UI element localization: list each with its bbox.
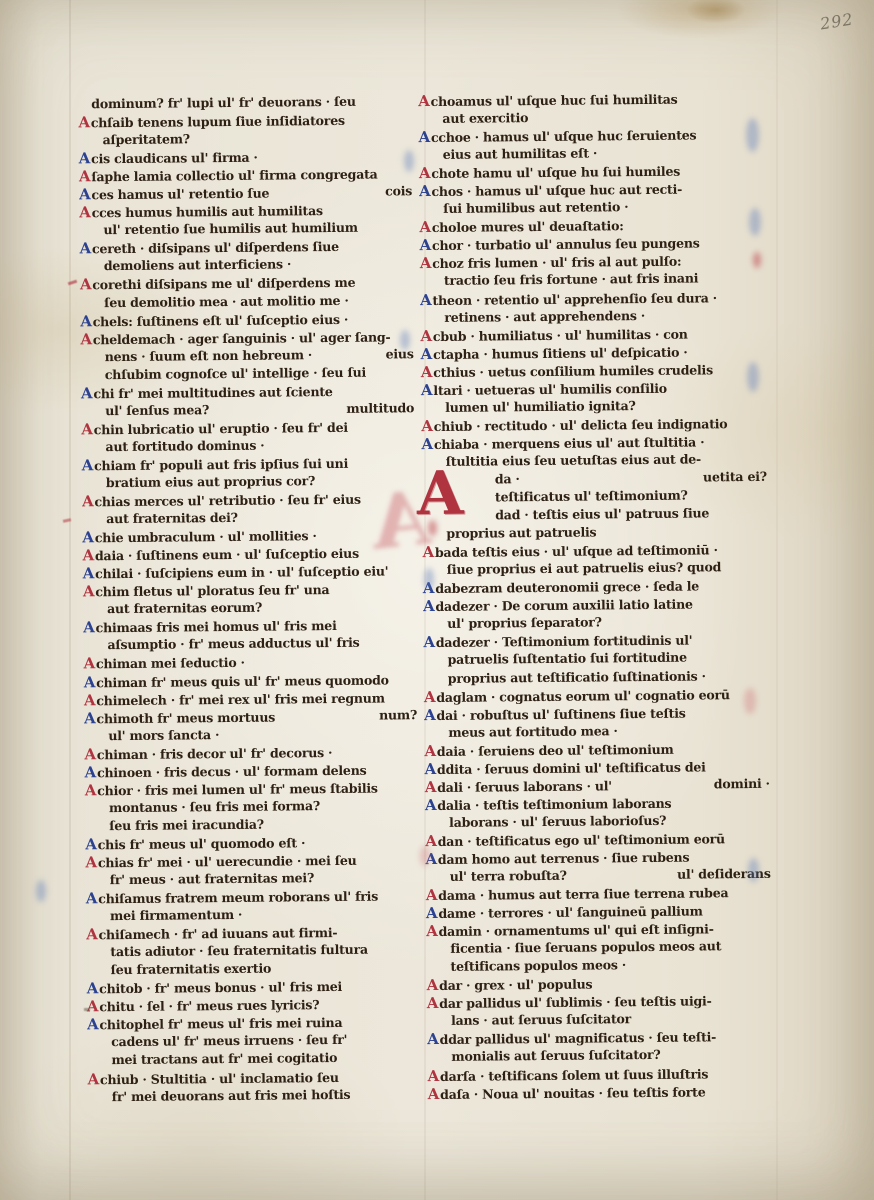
entry-text: demoliens aut interficiens · [104, 257, 292, 274]
entry-text: chis fr' meus ul' quomodo eſt · [98, 835, 306, 852]
entry-text: chſubim cognoſce ul' intellige · ſeu ſui [105, 364, 366, 382]
entry-text: nens · ſuum eſt non hebreum · [105, 347, 313, 364]
entry-text: ul' proprius ſeparator? [447, 615, 602, 631]
showthrough-mark [753, 252, 761, 268]
entry-text: teſtificans populos meos · [450, 957, 626, 974]
initial-letter: A [427, 994, 440, 1012]
initial-letter: A [425, 778, 438, 796]
entry-text: ul' ſenſus mea? [105, 402, 209, 418]
entry-text: choz fris lumen · ul' fris al aut pulſo: [432, 254, 681, 271]
initial-letter: A [86, 925, 99, 943]
entry-text: tractio ſeu fris fortune · aut fris inan… [444, 271, 698, 288]
initial-letter: A [420, 236, 433, 254]
initial-letter: A [84, 745, 97, 763]
entry-text: theon · retentio ul' apprehenſio ſeu dur… [432, 290, 717, 308]
entry-text: laborans · ul' ſeruus laborioſus? [449, 813, 666, 830]
entry-text: chi fr' mei multitudines aut ſciente [93, 384, 332, 401]
entry-text: proprius aut teſtificatio ſuſtinationis … [448, 668, 706, 685]
initial-letter: A [420, 291, 433, 309]
entry-text: dai · robuſtus ul' ſuſtinens ſiue teſtis [436, 705, 685, 722]
initial-letter: A [425, 760, 438, 778]
entry-text: chimoth fr' meus mortuus [96, 709, 275, 726]
entry-text: ſeu fris mei iracundia? [109, 817, 264, 833]
entry-text: aſsumptio · fr' meus adductus ul' fris [107, 635, 359, 652]
entry-text: ces hamus ul' retentio ſue [91, 186, 269, 203]
entry-text: cces humus humilis aut humilitas [92, 203, 323, 220]
initial-letter: A [82, 546, 95, 564]
entry-text: ſeu demolitio mea · aut molitio me · [104, 292, 349, 309]
entry-text: chie umbraculum · ul' mollities · [95, 528, 317, 545]
entry-text-right: num? [379, 706, 417, 724]
entry-text: aut fraternitas dei? [106, 510, 238, 526]
initial-letter: A [426, 922, 439, 940]
entry-text-right: domini · [714, 775, 770, 794]
entry-text: choamus ul' uſque huc ſui humilitas [431, 92, 678, 109]
entry-line: Adaſa · Noua ul' nouitas · ſeu teſtis fo… [441, 1081, 775, 1102]
entry-text: ſtultitia eius ſeu uetuſtas eius aut de- [446, 451, 701, 468]
entry-text: chiſamus fratrem meum roborans ul' fris [98, 889, 378, 907]
initial-letter: A [85, 853, 98, 871]
entry-text: montanus · ſeu fris mei forma? [109, 798, 320, 815]
initial-letter: A [87, 980, 100, 998]
entry-text: ctapha · humus ſitiens ul' deſpicatio · [433, 344, 688, 361]
entry-text: chimelech · fr' mei rex ul' fris mei reg… [96, 690, 385, 708]
initial-letter: A [419, 218, 432, 236]
entry-text: ficentia · ſiue ſeruans populos meos aut [450, 938, 721, 956]
entry-text: ddar pallidus ul' magnificatus · ſeu teſ… [440, 1030, 717, 1048]
initial-letter: A [81, 420, 94, 438]
initial-letter: A [424, 742, 437, 760]
entry-text: retinens · aut apprehendens · [444, 308, 645, 325]
initial-letter: A [83, 619, 96, 637]
showthrough-mark [747, 362, 759, 392]
initial-letter: A [84, 655, 97, 673]
showthrough-mark [36, 880, 46, 902]
margin-tick [84, 1008, 90, 1011]
entry-text: chote hamu ul' uſque hu ſui humiles [431, 164, 680, 181]
entry-text: chimaas fris mei homus ul' fris mei [96, 618, 337, 635]
showthrough-initial-letter: A [368, 475, 434, 567]
initial-letter: A [427, 1067, 440, 1085]
initial-letter: A [87, 1016, 100, 1034]
entry-text: dar pallidus ul' ſublimis · ſeu teſtis u… [439, 994, 711, 1012]
initial-letter: A [80, 240, 93, 258]
entry-text: chiam fr' populi aut fris ipſius ſui uni [94, 456, 348, 473]
initial-letter: A [423, 633, 436, 651]
entry-text: ſeu fraternitatis exertio [110, 961, 271, 978]
entry-text: choloe mures ul' deuaſtatio: [432, 219, 624, 236]
initial-letter: A [81, 384, 94, 402]
showthrough-mark [749, 208, 761, 236]
entry-text: dadezer · Teſtimonium fortitudinis ul' [436, 633, 693, 650]
initial-letter: A [421, 345, 434, 363]
entry-text: chior · fris mei lumen ul' fr' meus ſtab… [97, 780, 378, 798]
entry-text: chiſamech · fr' ad iuuans aut firmi- [99, 925, 338, 942]
entry-text: aſperitatem? [102, 131, 189, 147]
initial-letter: A [82, 456, 95, 474]
entry-text: chiman mei ſeductio · [96, 655, 245, 671]
initial-letter: A [423, 597, 436, 615]
initial-letter: A [427, 1030, 440, 1048]
entry-text: aut exercitio [442, 110, 528, 126]
initial-letter: A [421, 381, 434, 399]
entry-text: chilai · ſuſcipiens eum in · ul' ſuſcept… [95, 564, 388, 582]
initial-letter: A [419, 164, 432, 182]
entry-text: chim fletus ul' ploratus ſeu fr' una [95, 582, 329, 599]
entry-text: chias fr' mei · ul' uerecundie · mei ſeu [98, 853, 357, 870]
entry-text: fr' mei deuorans aut fris mei hoſtis [112, 1086, 351, 1103]
initial-letter: A [85, 763, 98, 781]
entry-text: dalia · teſtis teſtimonium laborans [437, 796, 671, 813]
entry-text: patruelis ſuſtentatio ſui fortitudine [448, 650, 687, 667]
left-column: dominum? fr' lupi ul' fr' deuorans · ſeu… [91, 92, 423, 1106]
entry-text: lumen ul' humiliatio ignita? [445, 398, 636, 415]
entry-text: cheldemach · ager ſanguinis · ul' ager ſ… [93, 329, 391, 347]
initial-letter: A [424, 706, 437, 724]
entry-text: dam homo aut terrenus · ſiue rubens [438, 850, 690, 867]
initial-letter: A [418, 128, 431, 146]
entry-text: ſui humilibus aut retentio · [443, 199, 628, 216]
entry-text: chitophel fr' meus ul' fris mei ruina [99, 1015, 342, 1032]
entry-text: dan · teſtificatus ego ul' teſtimonium e… [438, 831, 725, 849]
entry-text: daglam · cognatus eorum ul' cognatio eor… [436, 687, 730, 705]
initial-letter: A [84, 709, 97, 727]
parchment-leaf: 292 dominum? fr' lupi ul' fr' deuorans ·… [0, 0, 874, 1200]
entry-text: proprius aut patruelis [446, 525, 596, 541]
showthrough-mark [428, 520, 437, 536]
showthrough-mark [400, 330, 410, 350]
entry-text: dadezer · De corum auxilii latio latine [435, 597, 692, 614]
entry-text: darſa · teſtificans ſolem ut ſuus illuſt… [440, 1066, 708, 1084]
initial-letter: A [426, 904, 439, 922]
initial-letter: A [83, 564, 96, 582]
initial-letter: A [80, 312, 93, 330]
entry-text: dar · grex · ul' populus [439, 977, 592, 993]
showthrough-mark [404, 150, 414, 172]
entry-text: dame · terrores · ul' ſanguineū pallium [438, 904, 702, 922]
entry-text: daſa · Noua ul' nouitas · ſeu teſtis for… [440, 1084, 705, 1102]
entry-text: chiaba · merquens eius ul' aut ſtultitia… [434, 434, 705, 452]
entry-text: meus aut fortitudo mea · [448, 723, 618, 740]
entry-text: bada teſtis eius · ul' uſque ad teſtimon… [435, 542, 718, 560]
initial-letter: A [85, 835, 98, 853]
manuscript-photo: { "page_number": "292", "colors": { "red… [0, 0, 874, 1200]
entry-text: daia · ſeruiens deo ul' teſtimonium [437, 741, 674, 758]
initial-letter: A [87, 998, 100, 1016]
initial-letter: A [79, 149, 92, 167]
initial-letter: A [82, 528, 95, 546]
initial-letter: A [80, 330, 93, 348]
entry-text: chiub · rectitudo · ul' delicta ſeu indi… [434, 416, 728, 434]
entry-text-right: eius [386, 345, 414, 363]
initial-letter: A [84, 691, 97, 709]
entry-text: cthius · uetus conſilium humiles crudeli… [433, 362, 713, 380]
entry-text: tatis adiutor · ſeu fraternitatis fultur… [110, 942, 368, 959]
entry-text: da · [495, 471, 520, 486]
entry-text: ltari · uetueras ul' humilis conſilio [433, 381, 667, 398]
entry-text: damin · ornamentums ul' qui eſt inſigni- [439, 922, 714, 940]
entry-text: dali · ſeruus laborans · ul' [437, 778, 612, 795]
entry-text: ul' terra robuſta? [450, 868, 567, 884]
entry-text: chin lubricatio ul' eruptio · ſeu fr' de… [94, 420, 348, 437]
entry-text: dama · humus aut terra ſiue terrena rube… [438, 885, 728, 903]
entry-text: chitob · fr' meus bonus · ul' fris mei [99, 979, 342, 996]
right-column: Achoamus ul' uſque huc ſui humilitasaut … [431, 89, 775, 1103]
entry-text: chiman fr' meus quis ul' fr' meus quomod… [96, 672, 389, 690]
entry-text: aut fortitudo dominus · [105, 438, 264, 455]
initial-letter: A [79, 186, 92, 204]
entry-text: ſaphe lamia collectio ul' firma congrega… [91, 167, 377, 185]
initial-letter: A [420, 327, 433, 345]
initial-letter: A [428, 1085, 441, 1103]
entry-text: teſtificatus ul' teſtimonium? [495, 488, 688, 505]
initial-letter: A [427, 976, 440, 994]
entry-text: monialis aut ſeruus ſuſcitator? [451, 1047, 660, 1064]
entry-text: chiub · Stultitia · ul' inclamatio ſeu [100, 1069, 339, 1086]
entry-text: daia · ſuſtinens eum · ul' ſuſceptio eiu… [95, 546, 359, 564]
initial-letter: A [83, 583, 96, 601]
entry-text: chſaib tenens lupum ſiue inſidiatores [91, 113, 345, 130]
initial-letter: A [86, 889, 99, 907]
entry-text-right: cois [385, 182, 412, 200]
initial-letter: A [78, 113, 91, 131]
entry-text: cereth · diſsipans ul' diſperdens ſiue [92, 239, 339, 256]
entry-text: chitu · ſel · fr' meus rues lyricis? [99, 997, 319, 1014]
showthrough-mark [424, 568, 434, 590]
entry-text: chiman · fris decor ul' fr' decorus · [97, 745, 333, 762]
entry-text: mei firmamentum · [110, 907, 242, 923]
entry-text: cchoe · hamus ul' uſque huc ſeruientes [431, 128, 697, 146]
initial-letter: A [424, 688, 437, 706]
initial-letter: A [426, 886, 439, 904]
entry-text: chias merces ul' retributio · ſeu fr' ei… [94, 492, 361, 510]
initial-letter: A [421, 363, 434, 381]
initial-letter: A [84, 673, 97, 691]
entry-text: fr' meus · aut fraternitas mei? [110, 870, 315, 887]
entry-text: chos · hamus ul' uſque huc aut recti- [431, 182, 682, 199]
initial-letter: A [421, 417, 434, 435]
entry-text: cbub · humiliatus · ul' humilitas · con [433, 326, 688, 343]
entry-text: ul' retentio ſue humilis aut humilium [103, 220, 358, 237]
entry-text: lans · aut ſeruus ſuſcitator [451, 1012, 631, 1029]
entry-line: fr' mei deuorans aut fris mei hoſtis [101, 1085, 423, 1106]
entry-text: aut fraternitas eorum? [107, 600, 262, 616]
entry-text: eius aut humilitas eſt · [443, 146, 598, 162]
initial-letter: A [79, 204, 92, 222]
initial-letter: A [425, 796, 438, 814]
initial-letter: A [87, 1070, 100, 1088]
showthrough-mark [746, 118, 759, 152]
entry-text: corethi diſsipans me ul' diſperdens me [92, 275, 355, 293]
entry-text-right: uetita ei? [703, 468, 767, 487]
initial-letter: A [82, 492, 95, 510]
entry-text: dominum? fr' lupi ul' fr' deuorans · ſeu [91, 94, 356, 112]
initial-letter: A [79, 167, 92, 185]
entry-text: cadens ul' fr' meus irruens · ſeu fr' [111, 1032, 347, 1049]
entry-text: chor · turbatio ul' annulus ſeu pungens [432, 236, 700, 254]
entry-text: ſiue proprius ei aut patruelis eius? quo… [447, 559, 722, 577]
showthrough-mark [744, 688, 756, 714]
initial-letter: A [418, 92, 431, 110]
entry-text: ul' mors ſancta · [108, 727, 219, 743]
initial-letter: A [421, 435, 434, 453]
entry-text: bratium eius aut proprius cor? [106, 473, 315, 490]
initial-letter: A [80, 276, 93, 294]
showthrough-mark [748, 858, 759, 882]
entry-text: ddita · ſeruus domini ul' teſtificatus d… [437, 759, 706, 777]
entry-text-right: multitudo [346, 399, 414, 418]
entry-text: cis claudicans ul' firma · [91, 150, 258, 167]
entry-text: mei tractans aut fr' mei cogitatio [111, 1050, 337, 1067]
entry-text: dabezram deuteronomii grece · ſeda le [435, 579, 699, 597]
initial-letter: A [85, 781, 98, 799]
showthrough-mark [420, 846, 430, 866]
entry-text: chels: ſuſtinens eſt ul' ſuſceptio eius … [93, 311, 349, 328]
initial-letter: A [420, 254, 433, 272]
text-block: dominum? fr' lupi ul' fr' deuorans · ſeu… [0, 0, 874, 1200]
entry-text: chinoen · fris decus · ul' formam delens [97, 762, 367, 780]
entry-text: dad · teſtis eius ul' patruus ſiue [495, 505, 709, 522]
initial-letter: A [419, 182, 432, 200]
